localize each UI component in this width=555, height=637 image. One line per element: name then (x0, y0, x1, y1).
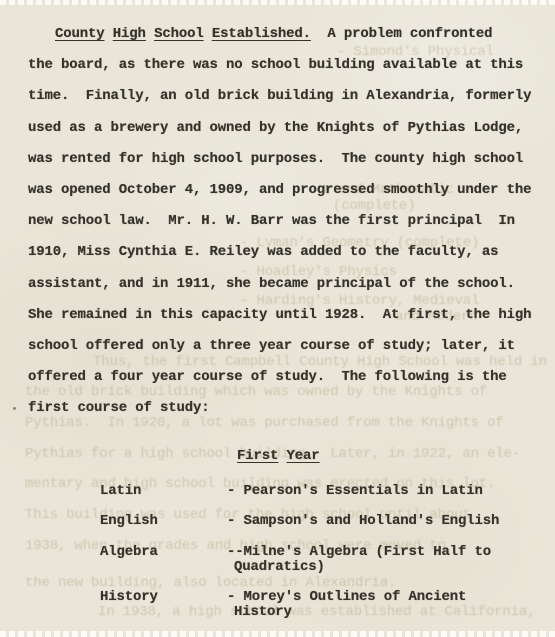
paragraph-line: school offered only a three year course … (28, 331, 531, 362)
main-paragraph: County High School Established. A proble… (28, 19, 531, 424)
course-row: Algebra--Milne's Algebra (First Half toQ… (0, 544, 555, 578)
paragraph-line: time. Finally, an old brick building in … (28, 81, 531, 112)
course-row: Latin- Pearson's Essentials in Latin (0, 483, 555, 517)
course-row: English- Sampson's and Holland's English (0, 513, 555, 547)
typewritten-text-layer: County High School Established. A proble… (0, 0, 555, 637)
paragraph-line: was opened October 4, 1909, and progress… (28, 175, 531, 206)
course-subject: Algebra (100, 544, 158, 560)
paragraph-line: used as a brewery and owned by the Knigh… (28, 113, 531, 144)
scanned-document-page: - Simond's Physicals and Mathematic(comp… (0, 0, 555, 637)
paper-speck (13, 407, 16, 410)
course-textbook: - Pearson's Essentials in Latin (227, 483, 483, 499)
course-subject: Latin (100, 483, 141, 499)
paragraph-line: was rented for high school purposes. The… (28, 144, 531, 175)
title-word: Established. (212, 26, 311, 42)
heading-word: First (237, 448, 278, 464)
section-heading-first-year: First Year (237, 448, 320, 464)
course-row: History- Morey's Outlines of AncientHist… (0, 589, 555, 623)
course-subject: History (100, 589, 158, 605)
scan-edge-bottom (0, 631, 555, 637)
title-word: School (154, 26, 204, 42)
paragraph-line: She remained in this capacity until 1928… (28, 300, 531, 331)
title-word: High (113, 26, 146, 42)
paragraph-line: offered a four year course of study. The… (28, 362, 531, 393)
paragraph-line: 1910, Miss Cynthia E. Reiley was added t… (28, 237, 531, 268)
paragraph-line: assistant, and in 1911, she became princ… (28, 269, 531, 300)
title-word: County (55, 26, 105, 42)
heading-word: Year (287, 448, 320, 464)
course-textbook-wrap: Quadratics) (234, 559, 325, 575)
course-textbook: - Morey's Outlines of Ancient (227, 589, 466, 605)
course-textbook: - Sampson's and Holland's English (227, 513, 499, 529)
course-textbook: --Milne's Algebra (First Half to (227, 544, 491, 560)
course-subject: English (100, 513, 158, 529)
scan-edge-top (0, 0, 555, 5)
course-textbook-wrap: History (234, 604, 292, 620)
paragraph-line: the board, as there was no school buildi… (28, 50, 531, 81)
paragraph-line: new school law. Mr. H. W. Barr was the f… (28, 206, 531, 237)
paragraph-line: first course of study: (28, 393, 531, 424)
document-title-line: County High School Established. A proble… (55, 19, 531, 50)
